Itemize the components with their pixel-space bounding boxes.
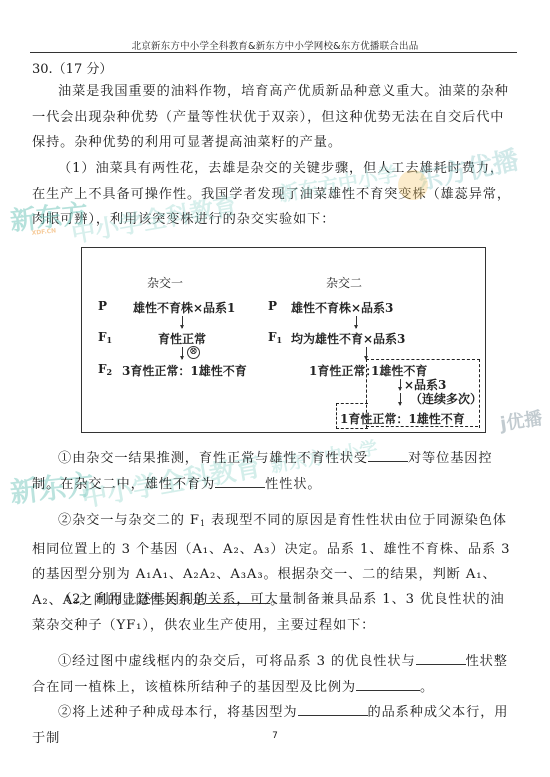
answer-blank-1[interactable] <box>368 449 408 462</box>
f1-subscript: 1 <box>107 335 113 345</box>
down-arrow-icon <box>366 347 367 359</box>
cross2-f1-label: F1 <box>268 330 282 345</box>
cross1-p-label: P <box>98 299 107 313</box>
cross1-f1-label: F1 <box>98 330 112 345</box>
intro-paragraph: 油菜是我国重要的油料作物，培育高产优质新品种意义重大。油菜的杂种一代会出现杂种优… <box>32 79 518 156</box>
q1-text-c: 性性状。 <box>265 477 321 492</box>
header-divider <box>30 52 517 53</box>
down-arrow-icon <box>182 347 183 359</box>
selfing-icon: ⊗ <box>187 346 200 359</box>
cross1-f2-label: F2 <box>98 362 112 377</box>
p2q2-text-a: ②将上述种子种成母本行，将基因型为 <box>58 705 298 720</box>
watermark-logo-circle <box>398 170 428 200</box>
part1-question1: ①由杂交一结果推测，育性正常与雄性不育性状受对等位基因控制。在杂交二中，雄性不育… <box>32 446 518 497</box>
question-number: 30.（17 分） <box>32 58 112 77</box>
q1-text-a: ①由杂交一结果推测，育性正常与雄性不育性状受 <box>58 451 368 466</box>
answer-blank-5[interactable] <box>356 678 420 691</box>
f1-subscript: 1 <box>277 335 283 345</box>
q2-text-a: ②杂交一与杂交二的 F <box>58 513 200 528</box>
dashed-frame-bottom <box>366 426 478 427</box>
cross1-title: 杂交一 <box>147 274 183 291</box>
document-header: 北京新东方中小学全科教育&新东方中小学网校&东方优播联合出品 <box>0 38 550 52</box>
f1-letter: F <box>268 330 277 344</box>
f2-letter: F <box>98 362 107 376</box>
part1-intro: （1）油菜具有两性花，去雄是杂交的关键步骤，但人工去雄耗时费力，在生产上不具备可… <box>32 156 518 233</box>
dashed-frame-inner <box>366 359 367 403</box>
dashed-frame-top <box>366 359 480 428</box>
cross-experiment-figure: 杂交一 P 雄性不育株×品系1 F1 育性正常 ⊗ F2 3育性正常：1雄性不育… <box>81 247 486 433</box>
part2-intro: （2）利用上述基因间的关系，可大量制备兼具品系 1、3 优良性状的油菜杂交种子（… <box>32 587 518 638</box>
down-arrow-icon <box>356 316 357 328</box>
cross2-title: 杂交二 <box>326 274 362 291</box>
cross2-p-text: 雄性不育株×品系3 <box>291 299 393 316</box>
f1-letter: F <box>98 330 107 344</box>
dashed-frame-bottom-left <box>336 403 368 429</box>
watermark-dfub-partial: j优播 <box>498 404 543 436</box>
answer-blank-6[interactable] <box>298 703 368 716</box>
p2q1-text-c: 。 <box>420 680 434 695</box>
cross1-f1-text: 育性正常 <box>158 330 206 347</box>
answer-blank-4[interactable] <box>416 652 466 665</box>
f2-subscript: 2 <box>107 367 113 377</box>
cross2-p-label: P <box>268 299 277 313</box>
answer-blank-2[interactable] <box>215 475 265 488</box>
p2q1-text-a: ①经过图中虚线框内的杂交后，可将品系 3 的优良性状与 <box>58 654 416 669</box>
cross1-f2-text: 3育性正常：1雄性不育 <box>122 362 247 379</box>
cross2-f1-text: 均为雄性不育×品系3 <box>291 330 405 347</box>
down-arrow-icon <box>182 316 183 328</box>
cross1-p-text: 雄性不育株×品系1 <box>133 299 235 316</box>
part2-question2: ②将上述种子种成母本行，将基因型为的品系种成父本行，用于制 <box>32 700 518 751</box>
part2-question1: ①经过图中虚线框内的杂交后，可将品系 3 的优良性状与性状整合在同一植株上，该植… <box>32 649 518 700</box>
page-number: 7 <box>0 731 550 741</box>
